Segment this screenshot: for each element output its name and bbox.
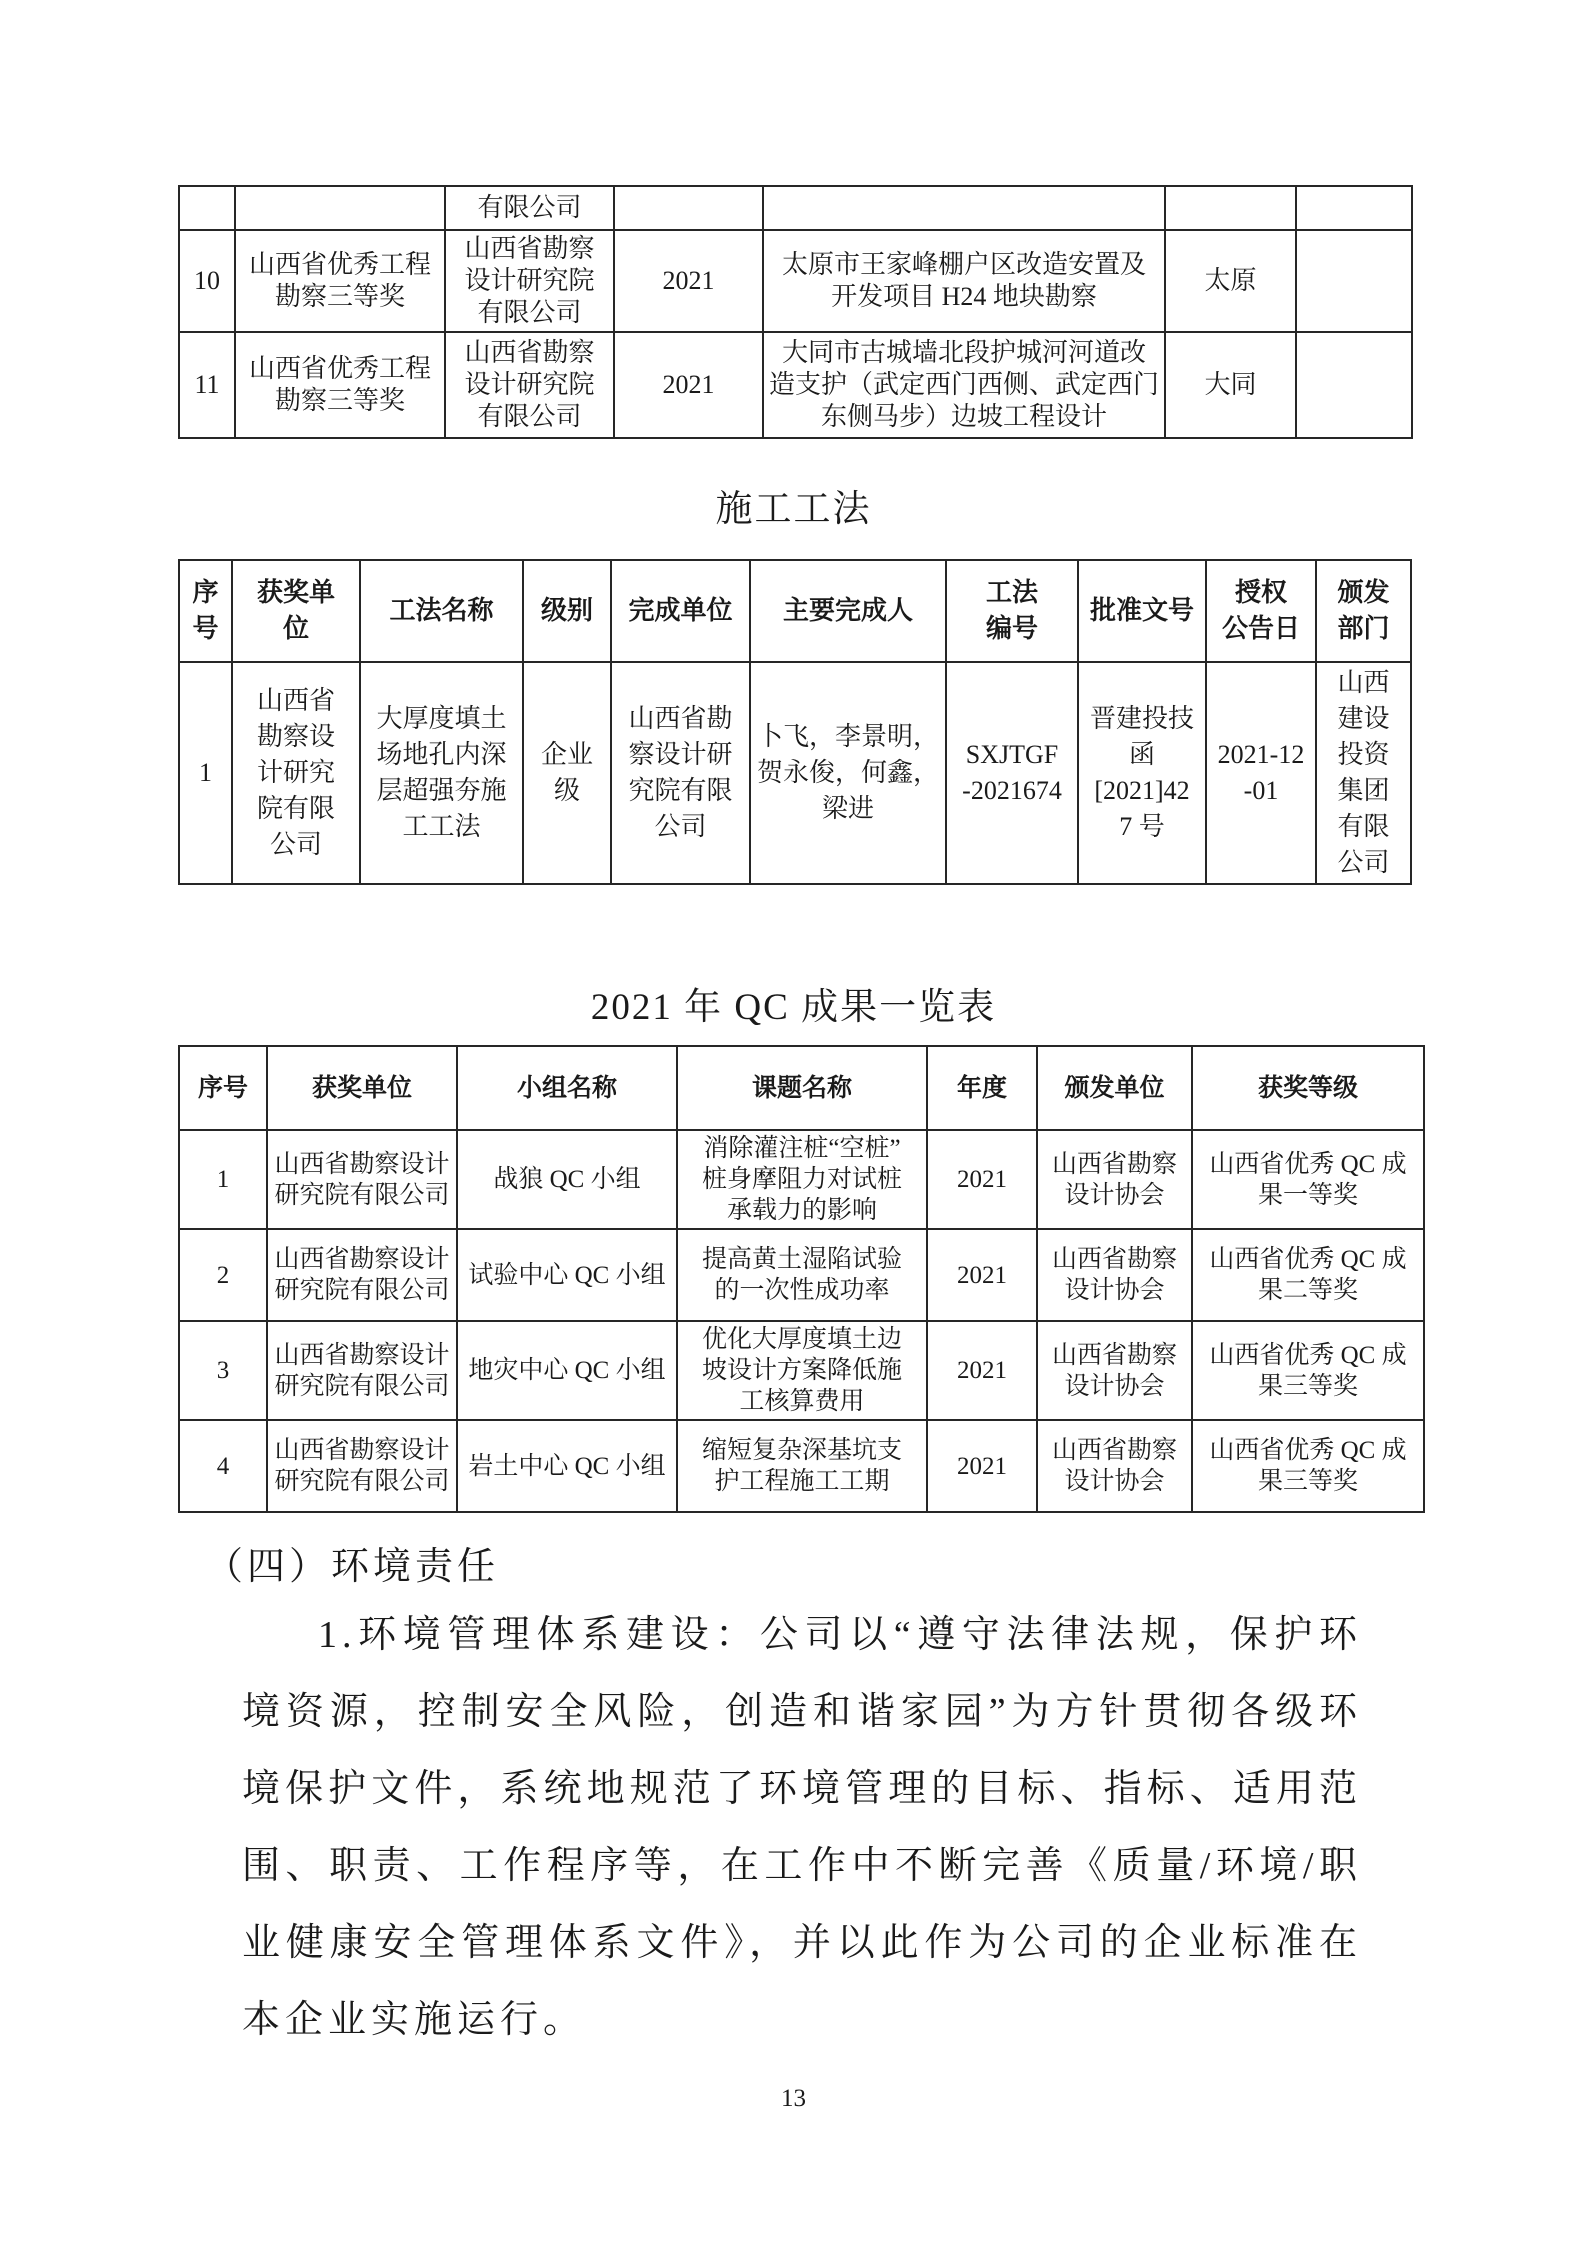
table-header-row: 序 号 获奖单 位 工法名称 级别 完成单位 主要完成人 工法 编号 批准文号 … bbox=[179, 560, 1411, 662]
table-cell: 山西省勘察 设计协会 bbox=[1037, 1229, 1192, 1321]
table-row: 有限公司 bbox=[179, 186, 1412, 230]
table-cell: 山西省 勘察设 计研究 院有限 公司 bbox=[232, 662, 360, 884]
table-row: 2 山西省勘察设计 研究院有限公司 试验中心 QC 小组 提高黄土湿陷试验 的一… bbox=[179, 1229, 1424, 1321]
qc-results-table: 序号 获奖单位 小组名称 课题名称 年度 颁发单位 获奖等级 1 山西省勘察设计… bbox=[178, 1045, 1425, 1513]
table-cell: 2 bbox=[179, 1229, 267, 1321]
table-cell: 岩土中心 QC 小组 bbox=[457, 1420, 677, 1512]
table-cell: 山西省优秀工程 勘察三等奖 bbox=[235, 230, 445, 332]
table-row: 10 山西省优秀工程 勘察三等奖 山西省勘察 设计研究院 有限公司 2021 太… bbox=[179, 230, 1412, 332]
table-cell: 10 bbox=[179, 230, 235, 332]
column-header: 获奖单 位 bbox=[232, 560, 360, 662]
table-cell: 缩短复杂深基坑支 护工程施工工期 bbox=[677, 1420, 927, 1512]
table-cell: 2021 bbox=[927, 1229, 1037, 1321]
page-number: 13 bbox=[0, 2085, 1587, 2113]
table-cell: 山西省勘察 设计协会 bbox=[1037, 1420, 1192, 1512]
table-cell bbox=[1296, 230, 1412, 332]
column-header: 主要完成人 bbox=[750, 560, 946, 662]
table-cell: 山西省优秀工程 勘察三等奖 bbox=[235, 332, 445, 438]
document-page: 有限公司 10 山西省优秀工程 勘察三等奖 山西省勘察 设计研究院 有限公司 2… bbox=[0, 0, 1587, 2245]
table-cell: 山西省勘察 设计研究院 有限公司 bbox=[445, 230, 614, 332]
table-cell: 大厚度填土 场地孔内深 层超强夯施 工工法 bbox=[360, 662, 523, 884]
table-cell: 1 bbox=[179, 662, 232, 884]
column-header: 工法名称 bbox=[360, 560, 523, 662]
table-header-row: 序号 获奖单位 小组名称 课题名称 年度 颁发单位 获奖等级 bbox=[179, 1046, 1424, 1130]
table-cell: 11 bbox=[179, 332, 235, 438]
table-cell: 山西省勘察设计 研究院有限公司 bbox=[267, 1321, 457, 1420]
table-cell: SXJTGF -2021674 bbox=[946, 662, 1078, 884]
table-cell: 山西省勘 察设计研 究院有限 公司 bbox=[611, 662, 750, 884]
table-cell: 山西省优秀 QC 成 果三等奖 bbox=[1192, 1321, 1424, 1420]
table-cell: 太原 bbox=[1165, 230, 1296, 332]
column-header: 序 号 bbox=[179, 560, 232, 662]
qc-section-title: 2021 年 QC 成果一览表 bbox=[0, 985, 1587, 1031]
table-cell: 太原市王家峰棚户区改造安置及 开发项目 H24 地块勘察 bbox=[763, 230, 1165, 332]
table-cell: 山西省优秀 QC 成 果二等奖 bbox=[1192, 1229, 1424, 1321]
table-row: 11 山西省优秀工程 勘察三等奖 山西省勘察 设计研究院 有限公司 2021 大… bbox=[179, 332, 1412, 438]
table-cell: 企业 级 bbox=[523, 662, 611, 884]
table-cell bbox=[763, 186, 1165, 230]
table-cell: 2021 bbox=[614, 332, 763, 438]
table-cell: 2021 bbox=[614, 230, 763, 332]
table-cell: 晋建投技 函 [2021]42 7 号 bbox=[1078, 662, 1206, 884]
table-cell: 2021-12 -01 bbox=[1206, 662, 1316, 884]
table-cell: 山西 建设 投资 集团 有限 公司 bbox=[1316, 662, 1411, 884]
column-header: 小组名称 bbox=[457, 1046, 677, 1130]
column-header: 年度 bbox=[927, 1046, 1037, 1130]
table-cell: 山西省优秀 QC 成 果一等奖 bbox=[1192, 1130, 1424, 1229]
column-header: 获奖单位 bbox=[267, 1046, 457, 1130]
table-cell: 地灾中心 QC 小组 bbox=[457, 1321, 677, 1420]
table-cell: 山西省勘察 设计协会 bbox=[1037, 1130, 1192, 1229]
table-cell: 试验中心 QC 小组 bbox=[457, 1229, 677, 1321]
table-cell: 大同 bbox=[1165, 332, 1296, 438]
table-cell: 山西省勘察 设计协会 bbox=[1037, 1321, 1192, 1420]
table-row: 1 山西省勘察设计 研究院有限公司 战狼 QC 小组 消除灌注桩“空桩” 桩身摩… bbox=[179, 1130, 1424, 1229]
column-header: 级别 bbox=[523, 560, 611, 662]
table-cell: 1 bbox=[179, 1130, 267, 1229]
column-header: 批准文号 bbox=[1078, 560, 1206, 662]
table-cell: 2021 bbox=[927, 1420, 1037, 1512]
table-cell: 山西省优秀 QC 成 果三等奖 bbox=[1192, 1420, 1424, 1512]
table-cell bbox=[1165, 186, 1296, 230]
table-cell: 有限公司 bbox=[445, 186, 614, 230]
table-cell bbox=[1296, 332, 1412, 438]
table-cell: 山西省勘察设计 研究院有限公司 bbox=[267, 1420, 457, 1512]
table-cell bbox=[1296, 186, 1412, 230]
table-cell: 4 bbox=[179, 1420, 267, 1512]
awards-table: 有限公司 10 山西省优秀工程 勘察三等奖 山西省勘察 设计研究院 有限公司 2… bbox=[178, 185, 1413, 439]
table-cell: 2021 bbox=[927, 1130, 1037, 1229]
environment-section-heading: （四）环境责任 bbox=[205, 1543, 1587, 1591]
table-cell: 3 bbox=[179, 1321, 267, 1420]
table-row: 3 山西省勘察设计 研究院有限公司 地灾中心 QC 小组 优化大厚度填土边 坡设… bbox=[179, 1321, 1424, 1420]
table-cell bbox=[614, 186, 763, 230]
table-cell: 优化大厚度填土边 坡设计方案降低施 工核算费用 bbox=[677, 1321, 927, 1420]
column-header: 授权 公告日 bbox=[1206, 560, 1316, 662]
column-header: 颁发 部门 bbox=[1316, 560, 1411, 662]
column-header: 颁发单位 bbox=[1037, 1046, 1192, 1130]
table-cell: 山西省勘察设计 研究院有限公司 bbox=[267, 1130, 457, 1229]
column-header: 获奖等级 bbox=[1192, 1046, 1424, 1130]
table-cell: 卜飞，李景明， 贺永俊，何鑫， 梁进 bbox=[750, 662, 946, 884]
table-cell: 提高黄土湿陷试验 的一次性成功率 bbox=[677, 1229, 927, 1321]
column-header: 工法 编号 bbox=[946, 560, 1078, 662]
table-cell bbox=[179, 186, 235, 230]
column-header: 完成单位 bbox=[611, 560, 750, 662]
table-row: 1 山西省 勘察设 计研究 院有限 公司 大厚度填土 场地孔内深 层超强夯施 工… bbox=[179, 662, 1411, 884]
table-cell bbox=[235, 186, 445, 230]
table-cell: 山西省勘察 设计研究院 有限公司 bbox=[445, 332, 614, 438]
table-cell: 2021 bbox=[927, 1321, 1037, 1420]
construction-method-table: 序 号 获奖单 位 工法名称 级别 完成单位 主要完成人 工法 编号 批准文号 … bbox=[178, 559, 1412, 885]
column-header: 课题名称 bbox=[677, 1046, 927, 1130]
table-cell: 消除灌注桩“空桩” 桩身摩阻力对试桩 承载力的影响 bbox=[677, 1130, 927, 1229]
column-header: 序号 bbox=[179, 1046, 267, 1130]
environment-paragraph: 1.环境管理体系建设：公司以“遵守法律法规，保护环境资源，控制安全风险，创造和谐… bbox=[242, 1597, 1362, 2059]
method-section-title: 施工工法 bbox=[0, 487, 1587, 533]
table-cell: 战狼 QC 小组 bbox=[457, 1130, 677, 1229]
table-cell: 山西省勘察设计 研究院有限公司 bbox=[267, 1229, 457, 1321]
table-row: 4 山西省勘察设计 研究院有限公司 岩土中心 QC 小组 缩短复杂深基坑支 护工… bbox=[179, 1420, 1424, 1512]
table-cell: 大同市古城墙北段护城河河道改 造支护（武定西门西侧、武定西门 东侧马步）边坡工程… bbox=[763, 332, 1165, 438]
